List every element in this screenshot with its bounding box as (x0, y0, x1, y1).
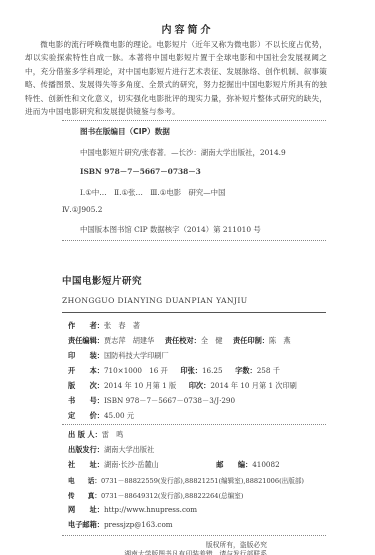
print-manager-label: 责任印制： (233, 336, 269, 345)
fax-value: 0731－88649312(发行部),88822264(总编室) (101, 492, 243, 500)
author-row: 作 者：张 春 著 (68, 321, 140, 331)
editor-row: 责任编辑：贾志萍 胡建华 责任校对：全 健 责任印制：陈 燕 (68, 336, 291, 346)
website-label: 网 址： (68, 505, 104, 514)
address-row: 社 址：湖南·长沙·岳麓山 邮 编：410082 (68, 460, 280, 470)
publisher-person-label: 出 版 人： (68, 430, 102, 439)
fax-label: 传 真： (68, 492, 101, 500)
format-row: 开 本：710×1000 16 开 印张：16.25 字数：258 千 (68, 366, 280, 376)
cip-bottom-divider (62, 240, 326, 241)
postcode-label: 邮 编： (216, 460, 252, 469)
impression-label: 印次： (189, 381, 211, 390)
email-link[interactable]: pressjzp@163.com (104, 520, 173, 529)
words-label: 字数： (235, 366, 257, 375)
email-label: 电子邮箱： (68, 520, 104, 529)
proofreader-label: 责任校对： (165, 336, 201, 345)
cip-top-divider (62, 120, 326, 121)
words-value: 258 千 (257, 366, 280, 375)
phone-label: 电 话： (68, 477, 101, 485)
email-row: 电子邮箱：pressjzp@163.com (68, 520, 173, 530)
phone-row: 电 话：0731－88822559(发行部),88821251(编辑室),888… (68, 475, 304, 485)
address-label: 社 址： (68, 460, 104, 469)
edition-row: 版 次：2014 年 10 月第 1 版 印次：2014 年 10 月第 1 次… (68, 381, 297, 391)
intro-paragraph: 微电影的流行呼唤微电影的理论。电影短片（近年又称为微电影）不以长度占优势，却以实… (25, 38, 327, 118)
website-link[interactable]: http://www.hnupress.com (104, 505, 197, 514)
edition-value: 2014 年 10 月第 1 版 (104, 381, 176, 390)
misprint-notice: 湖南大学版图书凡有印装差错，请与发行部联系 (124, 548, 267, 555)
book-pinyin: ZHONGGUO DIANYING DUANPIAN YANJIU (62, 296, 248, 305)
price-label: 定 价： (68, 411, 104, 420)
price-value: 45.00 元 (104, 411, 134, 420)
intro-title: 内容简介 (0, 21, 375, 36)
publisher-divider (62, 535, 326, 536)
fax-row: 传 真：0731－88649312(发行部),88822264(总编室) (68, 490, 243, 500)
cip-verify: 中国版本图书馆 CIP 数据核字（2014）第 211010 号 (80, 224, 261, 235)
format-value: 710×1000 16 开 (104, 366, 168, 375)
printer-label: 印 装： (68, 351, 104, 360)
cip-title-line: 中国电影短片研究/张春著．—长沙：湖南大学出版社，2014.9 (80, 147, 286, 158)
impression-value: 2014 年 10 月第 1 次印刷 (210, 381, 297, 390)
publisher-person-row: 出 版 人：雷 鸣 (68, 430, 123, 440)
book-number-value: ISBN 978－7－5667－0738－3/J·290 (104, 396, 235, 405)
book-title: 中国电影短片研究 (62, 273, 142, 287)
cip-heading: 图书在版编目（CIP）数据 (80, 126, 170, 137)
details-divider (62, 424, 326, 425)
sheets-label: 印张： (180, 366, 202, 375)
cip-class-iv: Ⅳ.①J905.2 (62, 205, 102, 214)
address-value: 湖南·长沙·岳麓山 (104, 460, 214, 470)
proofreader-value: 全 健 (201, 336, 223, 345)
print-manager-value: 陈 燕 (269, 336, 291, 345)
editor-label: 责任编辑： (68, 336, 104, 345)
edition-label: 版 次： (68, 381, 104, 390)
author-value: 张 春 著 (104, 321, 140, 330)
editor-value: 贾志萍 胡建华 (104, 336, 154, 345)
phone-value: 0731－88822559(发行部),88821251(编辑室),8882100… (101, 477, 304, 485)
book-number-row: 书 号：ISBN 978－7－5667－0738－3/J·290 (68, 396, 235, 406)
website-row: 网 址：http://www.hnupress.com (68, 505, 197, 515)
postcode-value: 410082 (252, 460, 279, 469)
sheets-value: 16.25 (202, 366, 223, 375)
title-rule (62, 312, 326, 313)
issued-by-value: 湖南大学出版社 (104, 445, 154, 454)
printer-row: 印 装：国防科技大学印刷厂 (68, 351, 169, 361)
book-number-label: 书 号： (68, 396, 104, 405)
cip-classes: Ⅰ.①中… Ⅱ.①张… Ⅲ.①电影 研究—中国 (80, 187, 225, 198)
format-label: 开 本： (68, 366, 104, 375)
price-row: 定 价：45.00 元 (68, 411, 134, 421)
issued-by-row: 出版发行：湖南大学出版社 (68, 445, 154, 455)
author-label: 作 者： (68, 321, 104, 330)
issued-by-label: 出版发行： (68, 445, 104, 454)
publisher-person-value: 雷 鸣 (102, 430, 124, 439)
printer-value: 国防科技大学印刷厂 (104, 351, 169, 360)
cip-isbn: ISBN 978－7－5667－0738－3 (80, 166, 201, 177)
